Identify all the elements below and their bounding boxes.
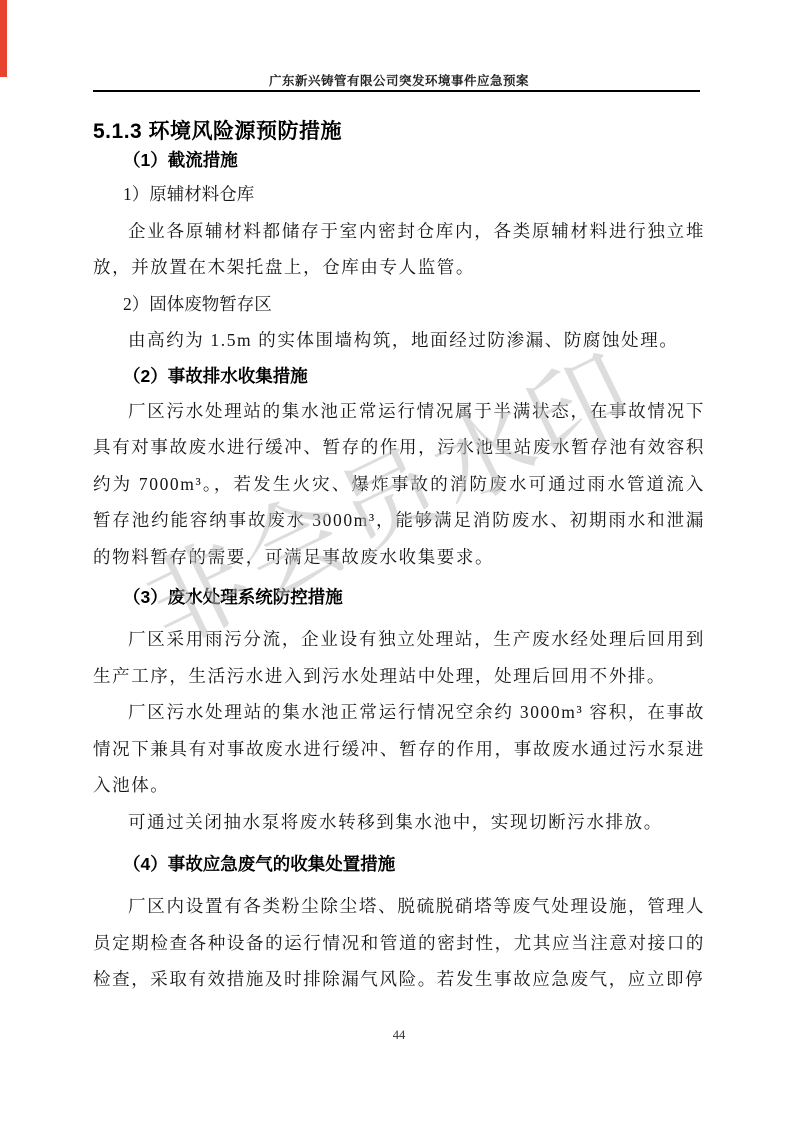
paragraph-pool-spare-capacity: 厂区污水处理站的集水池正常运行情况空余约 3000m³ 容积，在事故情况下兼具有… bbox=[93, 694, 705, 804]
heading-interception-measures: （1）截流措施 bbox=[93, 147, 705, 173]
document-body: 5.1.3 环境风险源预防措施 （1）截流措施 1）原辅材料仓库 企业各原辅材料… bbox=[93, 117, 705, 998]
page-number: 44 bbox=[93, 1028, 705, 1043]
running-header: 广东新兴铸管有限公司突发环境事件应急预案 bbox=[93, 71, 705, 89]
header-rule bbox=[93, 90, 700, 92]
left-edge-red-marker bbox=[0, 0, 7, 77]
paragraph-gas-treatment-facilities: 厂区内设置有各类粉尘除尘塔、脱硫脱硝塔等废气处理设施，管理人员定期检查各种设备的… bbox=[93, 888, 705, 998]
paragraph-rain-sewage-diversion: 厂区采用雨污分流，企业设有独立处理站，生产废水经处理后回用到生产工序，生活污水进… bbox=[93, 621, 705, 694]
heading-waste-gas-collection: （4）事故应急废气的收集处置措施 bbox=[93, 850, 705, 878]
document-page: 广东新兴铸管有限公司突发环境事件应急预案 非会员水印 5.1.3 环境风险源预防… bbox=[0, 0, 793, 1122]
paragraph-collection-pool-capacity: 厂区污水处理站的集水池正常运行情况属于半满状态，在事故情况下具有对事故废水进行缓… bbox=[93, 393, 705, 576]
paragraph-pump-shutoff: 可通过关闭抽水泵将废水转移到集水池中，实现切断污水排放。 bbox=[93, 804, 705, 841]
section-title: 5.1.3 环境风险源预防措施 bbox=[93, 117, 705, 147]
subheading-solid-waste-area: 2）固体废物暂存区 bbox=[93, 286, 705, 323]
paragraph-warehouse-storage: 企业各原辅材料都储存于室内密封仓库内，各类原辅材料进行独立堆放，并放置在木架托盘… bbox=[93, 213, 705, 286]
heading-accident-drainage-collection: （2）事故排水收集措施 bbox=[93, 362, 705, 390]
heading-wastewater-system-control: （3）废水处理系统防控措施 bbox=[93, 583, 705, 611]
subheading-raw-material-warehouse: 1）原辅材料仓库 bbox=[93, 176, 705, 213]
paragraph-solid-waste-wall: 由高约为 1.5m 的实体围墙构筑，地面经过防渗漏、防腐蚀处理。 bbox=[93, 322, 705, 359]
